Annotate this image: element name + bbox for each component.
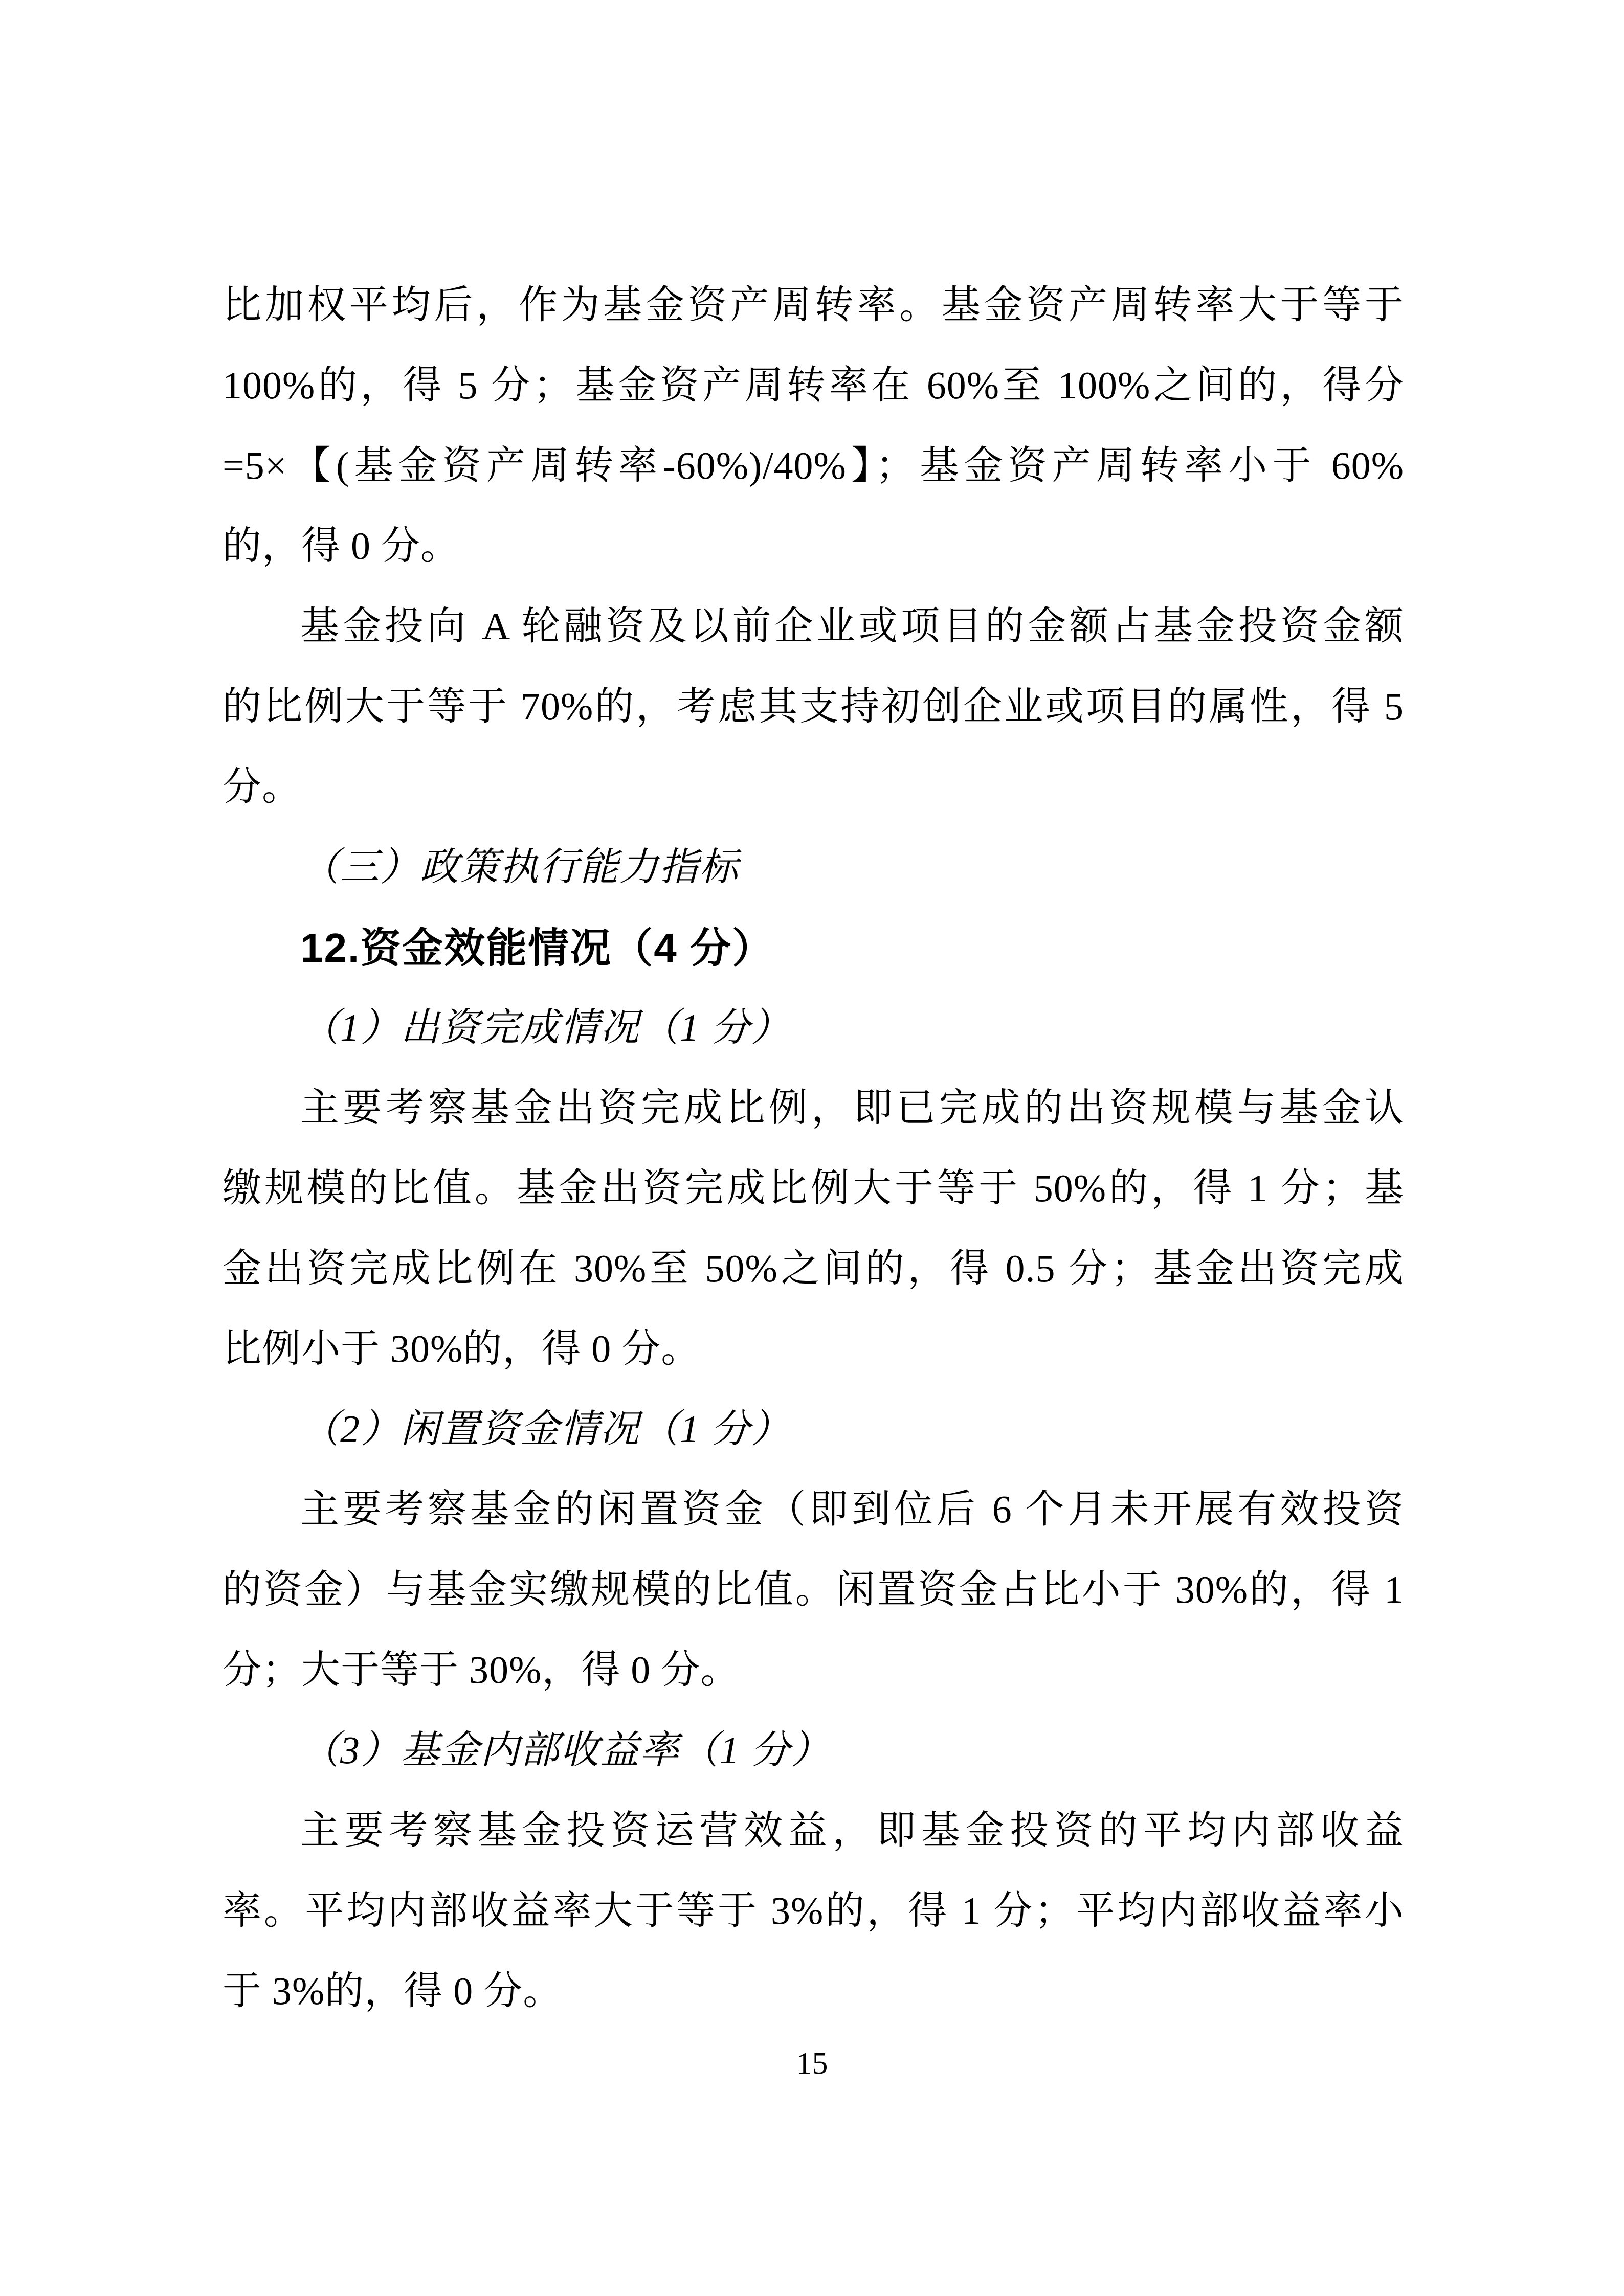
text-block: 比加权平均后，作为基金资产周转率。基金资产周转率大于等于 100%的，得 5 分… xyxy=(223,265,1404,2032)
item-heading-kaiti: （3）基金内部收益率（1 分） xyxy=(223,1710,1404,1791)
body-line: 分；大于等于 30%，得 0 分。 xyxy=(223,1630,1404,1710)
item-heading-kaiti: （1）出资完成情况（1 分） xyxy=(223,988,1404,1068)
document-page: 比加权平均后，作为基金资产周转率。基金资产周转率大于等于 100%的，得 5 分… xyxy=(0,0,1624,2296)
body-line: 率。平均内部收益率大于等于 3%的，得 1 分；平均内部收益率小 xyxy=(223,1871,1404,1951)
body-line: 金出资完成比例在 30%至 50%之间的，得 0.5 分；基金出资完成 xyxy=(223,1229,1404,1309)
body-line: 分。 xyxy=(223,747,1404,827)
body-line: 主要考察基金的闲置资金（即到位后 6 个月未开展有效投资 xyxy=(223,1470,1404,1550)
body-line: 的比例大于等于 70%的，考虑其支持初创企业或项目的属性，得 5 xyxy=(223,667,1404,747)
body-line: 基金投向 A 轮融资及以前企业或项目的金额占基金投资金额 xyxy=(223,587,1404,667)
body-line-formula: =5×【(基金资产周转率-60%)/40%】；基金资产周转率小于 60% xyxy=(223,426,1404,506)
body-line: 比加权平均后，作为基金资产周转率。基金资产周转率大于等于 xyxy=(223,265,1404,346)
body-line: 主要考察基金投资运营效益，即基金投资的平均内部收益 xyxy=(223,1791,1404,1871)
body-line: 比例小于 30%的，得 0 分。 xyxy=(223,1309,1404,1389)
numbered-heading-bold: 12.资金效能情况（4 分） xyxy=(223,908,1404,988)
body-line: 主要考察基金出资完成比例，即已完成的出资规模与基金认 xyxy=(223,1068,1404,1149)
body-line: 的，得 0 分。 xyxy=(223,506,1404,587)
body-line: 于 3%的，得 0 分。 xyxy=(223,1951,1404,2032)
section-heading-kaiti: （三）政策执行能力指标 xyxy=(223,827,1404,908)
page-number: 15 xyxy=(0,2024,1624,2103)
body-line: 缴规模的比值。基金出资完成比例大于等于 50%的，得 1 分；基 xyxy=(223,1149,1404,1229)
body-line: 100%的，得 5 分；基金资产周转率在 60%至 100%之间的，得分 xyxy=(223,346,1404,426)
item-heading-kaiti: （2）闲置资金情况（1 分） xyxy=(223,1389,1404,1470)
body-line: 的资金）与基金实缴规模的比值。闲置资金占比小于 30%的，得 1 xyxy=(223,1550,1404,1630)
